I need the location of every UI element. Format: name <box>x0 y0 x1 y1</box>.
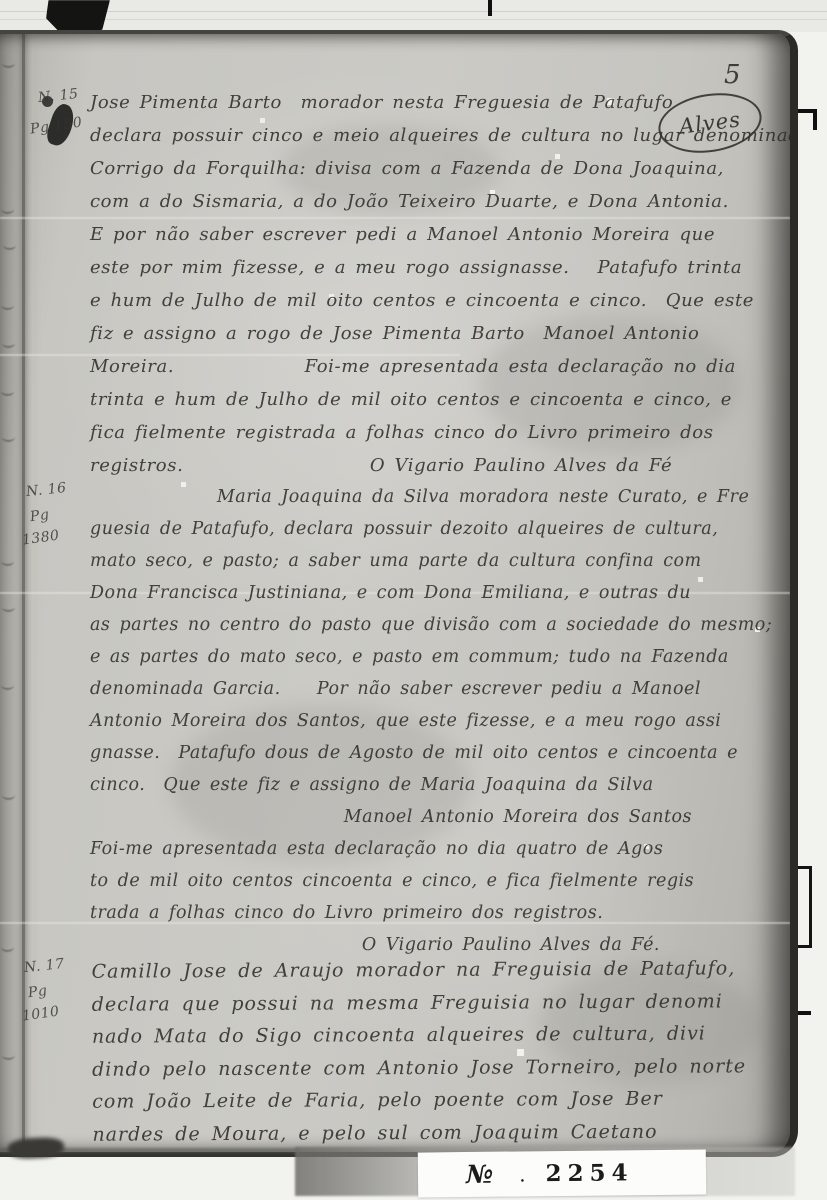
margin-fee: Pg <box>29 507 50 526</box>
ghost-writing <box>2 432 15 442</box>
handwritten-line: Manoel Antonio Moreira dos Santos <box>90 801 772 833</box>
handwritten-line: Antonio Moreira dos Santos, que este fiz… <box>90 705 772 737</box>
stamp-number: 2254 <box>545 1159 633 1187</box>
record-block-17: Camillo Jose de Araujo morador na Fregui… <box>91 952 746 1150</box>
handwritten-line: trinta e hum de Julho de mil oito centos… <box>90 383 798 416</box>
ghost-writing <box>2 790 15 800</box>
handwritten-line: as partes no centro do pasto que divisão… <box>90 609 772 641</box>
handwritten-line: Moreira. Foi-me apresentada esta declara… <box>90 350 798 383</box>
handwritten-line: Maria Joaquina da Silva moradora neste C… <box>90 481 772 513</box>
handwritten-line: declara que possui na mesma Freguisia no… <box>92 985 746 1021</box>
crease-line <box>0 11 827 12</box>
ghost-writing <box>1 942 14 952</box>
handwritten-line: e hum de Julho de mil oito centos e cinc… <box>90 284 798 317</box>
handwritten-line: guesia de Patafufo, declara possuir dezo… <box>90 513 772 545</box>
margin-fee: 1010 <box>21 1003 61 1024</box>
handwritten-line: Dona Francisca Justiniana, e com Dona Em… <box>90 577 772 609</box>
handwritten-line: nado Mata do Sigo cincoenta alqueires de… <box>92 1017 746 1053</box>
handwritten-line: denominada Garcia. Por não saber escreve… <box>90 673 772 705</box>
ghost-writing <box>1 556 14 566</box>
handwritten-line: fica fielmente registrada a folhas cinco… <box>90 416 798 449</box>
handwritten-line: Jose Pimenta Barto morador nesta Fregues… <box>90 86 798 119</box>
handwritten-line: fiz e assigno a rogo de Jose Pimenta Bar… <box>90 317 798 350</box>
registration-tick-icon <box>488 0 492 16</box>
handwritten-line: gnasse. Patafufo dous de Agosto de mil o… <box>90 737 772 769</box>
handwritten-line: com a do Sismaria, a do João Teixeiro Du… <box>90 185 798 218</box>
handwritten-line: trada a folhas cinco do Livro primeiro d… <box>90 897 772 929</box>
ghost-writing <box>2 338 15 348</box>
handwritten-line: E por não saber escrever pedi a Manoel A… <box>90 218 798 251</box>
handwritten-line: declara possuir cinco e meio alqueires d… <box>90 119 798 152</box>
archive-stamp-label: № . 2254 <box>418 1149 706 1197</box>
stamp-separator: . <box>519 1162 526 1186</box>
handwritten-line: to de mil oito centos cincoenta e cinco,… <box>90 865 772 897</box>
handwritten-line: cinco. Que este fiz e assigno de Maria J… <box>90 769 772 801</box>
ghost-writing <box>1 204 14 214</box>
handwritten-line: dindo pelo nascente com Antonio Jose Tor… <box>92 1050 746 1086</box>
handwritten-line: e as partes do mato seco, e pasto em com… <box>90 641 772 673</box>
manuscript-page: 5 Alves N. 15 Pg 150 N. 16 Pg 1380 N. 17… <box>0 30 798 1157</box>
ghost-writing <box>2 58 15 68</box>
margin-fee: Pg <box>27 983 48 1002</box>
handwritten-line: este por mim fizesse, e a meu rogo assig… <box>90 251 798 284</box>
margin-entry-number: N. 17 <box>23 956 65 976</box>
handwritten-line: com João Leite de Faria, pelo poente com… <box>92 1082 746 1118</box>
margin-entry-number: N. 15 <box>37 86 79 106</box>
scanner-top-margin <box>0 0 827 32</box>
ghost-writing <box>2 1050 15 1060</box>
scanned-document: 5 Alves N. 15 Pg 150 N. 16 Pg 1380 N. 17… <box>0 0 827 1200</box>
ghost-writing <box>1 680 14 690</box>
handwritten-line: Foi-me apresentada esta declaração no di… <box>90 833 772 865</box>
handwritten-line: Camillo Jose de Araujo morador na Fregui… <box>91 952 745 988</box>
margin-fee: 1380 <box>21 527 61 548</box>
crop-mark-top-right <box>813 109 817 130</box>
ghost-writing <box>2 602 15 612</box>
stamp-no-symbol: № <box>466 1160 493 1189</box>
handwritten-line: registros. O Vigario Paulino Alves da Fé <box>90 449 798 482</box>
record-block-15: Jose Pimenta Barto morador nesta Fregues… <box>90 86 798 482</box>
ghost-writing <box>3 240 16 250</box>
crease-line <box>0 19 827 20</box>
ghost-writing <box>1 300 14 310</box>
record-block-16: Maria Joaquina da Silva moradora neste C… <box>90 481 772 961</box>
paper-speck <box>0 34 1 35</box>
handwritten-line: Corrigo da Forquilha: divisa com a Fazen… <box>90 152 798 185</box>
handwritten-line: nardes de Moura, e pelo sul com Joaquim … <box>92 1115 746 1151</box>
handwritten-line: mato seco, e pasto; a saber uma parte da… <box>90 545 772 577</box>
margin-entry-number: N. 16 <box>25 480 67 500</box>
ghost-writing <box>1 386 14 396</box>
